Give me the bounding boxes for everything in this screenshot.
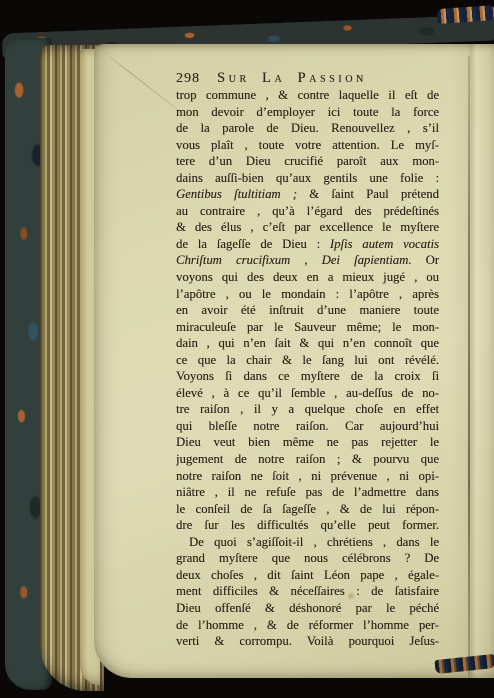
text-segment: au contraire , qu’à l’égard des prédeſti… bbox=[176, 204, 439, 218]
text-segment: grand myſtere que nous célébrons ? De bbox=[176, 551, 439, 565]
text-segment: ment difficiles & néceſſaires : de ſatis… bbox=[176, 584, 439, 598]
text-segment: de la parole de Dieu. Renouvellez , s’il bbox=[176, 121, 439, 135]
text-segment: le conſeil de ſa ſageſſe , & de lui répo… bbox=[176, 502, 439, 516]
text-line: ment difficiles & néceſſaires : de ſatis… bbox=[176, 583, 439, 600]
page-header: 298 Sur La Passion bbox=[176, 70, 442, 87]
text-line: grand myſtere que nous célébrons ? De bbox=[176, 550, 439, 567]
text-line: l’apôtre , ou le mondain : l’apôtre , ap… bbox=[176, 286, 439, 303]
text-line: & des élus , c’eſt par excellence le myſ… bbox=[176, 219, 439, 236]
text-segment: en avoir été inſtruit d’une maniere tout… bbox=[176, 303, 439, 317]
text-line: au contraire , qu’à l’égard des prédeſti… bbox=[176, 203, 439, 220]
text-segment: De quoi s’agiſſoit-il , chrétiens , dans… bbox=[189, 535, 439, 549]
text-line: de l’homme , & de réformer l’homme per- bbox=[176, 617, 439, 634]
page-number: 298 bbox=[176, 71, 200, 87]
text-line: élevé , à ce qu’il ſemble , au-deſſus de… bbox=[176, 385, 439, 402]
text-line: dain , qui n’en ſait & qui n’en connoît … bbox=[176, 335, 439, 352]
text-line: de la parole de Dieu. Renouvellez , s’il bbox=[176, 120, 439, 137]
text-segment: jugement de notre raiſon ; & pourvu que bbox=[176, 452, 439, 466]
text-line: Voyons ſi dans ce myſtere de la croix ſi bbox=[176, 368, 439, 385]
text-line: ce que la chair & le ſang lui ont révélé… bbox=[176, 352, 439, 369]
text-line: voyons qui des deux en a mieux jugé , ou bbox=[176, 269, 439, 286]
text-segment: Voyons ſi dans ce myſtere de la croix ſi bbox=[176, 369, 439, 383]
text-segment: notre raiſon ne ſoit , ni prévenue , ni … bbox=[176, 469, 439, 483]
text-segment: mon devoir d’employer ici toute la force bbox=[176, 105, 439, 119]
text-line: Gentibus ſtultitiam ; & ſaint Paul préte… bbox=[176, 186, 439, 203]
text-segment: verti & corrompu. Voilà pourquoi Jeſus- bbox=[176, 634, 439, 648]
latin-quote-segment: Ipſis autem vocatis bbox=[330, 237, 439, 251]
text-segment: dain , qui n’en ſait & qui n’en connoît … bbox=[176, 336, 439, 350]
text-line: trop commune , & contre laquelle il eſt … bbox=[176, 87, 439, 104]
text-line: notre raiſon ne ſoit , ni prévenue , ni … bbox=[176, 468, 439, 485]
text-line: dains auſſi-bien qu’aux gentils une foli… bbox=[176, 170, 439, 187]
gutter-crease bbox=[468, 56, 470, 676]
running-title: Sur La Passion bbox=[217, 70, 367, 87]
text-line: le conſeil de ſa ſageſſe , & de lui répo… bbox=[176, 501, 439, 518]
text-line: qui bleſſe notre raiſon. Car aujourd’hui bbox=[176, 418, 439, 435]
text-line: en avoir été inſtruit d’une maniere tout… bbox=[176, 302, 439, 319]
text-line: tre raiſon , il y a quelque choſe en eff… bbox=[176, 401, 439, 418]
text-line: tere d’un Dieu crucifié paroît aux mon- bbox=[176, 153, 439, 170]
text-segment: voyons qui des deux en a mieux jugé , ou bbox=[176, 270, 439, 284]
text-segment: de la ſageſſe de Dieu : bbox=[176, 237, 330, 251]
text-segment: tre raiſon , il y a quelque choſe en eff… bbox=[176, 402, 439, 416]
text-segment: miraculeuſe par le Sauveur même; le mon- bbox=[176, 320, 439, 334]
text-segment: élevé , à ce qu’il ſemble , au-deſſus de… bbox=[176, 386, 439, 400]
text-segment: & des élus , c’eſt par excellence le myſ… bbox=[176, 220, 439, 234]
text-segment: Dieu offenſé & déshonoré par le péché bbox=[176, 601, 439, 615]
text-segment: tere d’un Dieu crucifié paroît aux mon- bbox=[176, 154, 439, 168]
text-line: niâtre , il ne refuſe pas de l’admettre … bbox=[176, 484, 439, 501]
text-segment: vous plaît , toute votre attention. Le m… bbox=[176, 138, 439, 152]
text-line: verti & corrompu. Voilà pourquoi Jeſus- bbox=[176, 633, 439, 650]
text-segment: dains auſſi-bien qu’aux gentils une foli… bbox=[176, 171, 439, 185]
gutter-shade bbox=[450, 44, 494, 678]
book-scan-photo: 298 Sur La Passion trop commune , & cont… bbox=[0, 0, 494, 698]
latin-quote-segment: Gentibus ſtultitiam ; bbox=[176, 187, 297, 201]
text-segment: de l’homme , & de réformer l’homme per- bbox=[176, 618, 439, 632]
text-line: dre ſur les difficultés qu’elle peut for… bbox=[176, 517, 439, 534]
text-segment: & ſaint Paul prétend bbox=[297, 187, 439, 201]
latin-quote-segment: Chriſtum crucifixum , Dei ſapientiam. bbox=[176, 253, 412, 267]
text-segment: deux choſes , dit ſaint Léon pape , égal… bbox=[176, 568, 439, 582]
paper-stain bbox=[346, 592, 356, 600]
text-line: Dieu veut bien même ne pas rejetter le bbox=[176, 434, 439, 451]
text-segment: niâtre , il ne refuſe pas de l’admettre … bbox=[176, 485, 439, 499]
text-segment: l’apôtre , ou le mondain : l’apôtre , ap… bbox=[176, 287, 439, 301]
text-line: jugement de notre raiſon ; & pourvu que bbox=[176, 451, 439, 468]
book-page: 298 Sur La Passion trop commune , & cont… bbox=[94, 44, 494, 678]
text-line: De quoi s’agiſſoit-il , chrétiens , dans… bbox=[176, 534, 439, 551]
text-line: Chriſtum crucifixum , Dei ſapientiam. Or bbox=[176, 252, 439, 269]
text-line: de la ſageſſe de Dieu : Ipſis autem voca… bbox=[176, 236, 439, 253]
text-line: Dieu offenſé & déshonoré par le péché bbox=[176, 600, 439, 617]
text-segment: Dieu veut bien même ne pas rejetter le bbox=[176, 435, 439, 449]
text-segment: ce que la chair & le ſang lui ont révélé… bbox=[176, 353, 439, 367]
text-segment: trop commune , & contre laquelle il eſt … bbox=[176, 88, 439, 102]
text-line: miraculeuſe par le Sauveur même; le mon- bbox=[176, 319, 439, 336]
text-segment: dre ſur les difficultés qu’elle peut for… bbox=[176, 518, 439, 532]
text-line: mon devoir d’employer ici toute la force bbox=[176, 104, 439, 121]
text-line: deux choſes , dit ſaint Léon pape , égal… bbox=[176, 567, 439, 584]
text-line: vous plaît , toute votre attention. Le m… bbox=[176, 137, 439, 154]
text-segment: Or bbox=[412, 253, 440, 267]
page-text: trop commune , & contre laquelle il eſt … bbox=[176, 87, 439, 650]
text-segment: qui bleſſe notre raiſon. Car aujourd’hui bbox=[176, 419, 439, 433]
